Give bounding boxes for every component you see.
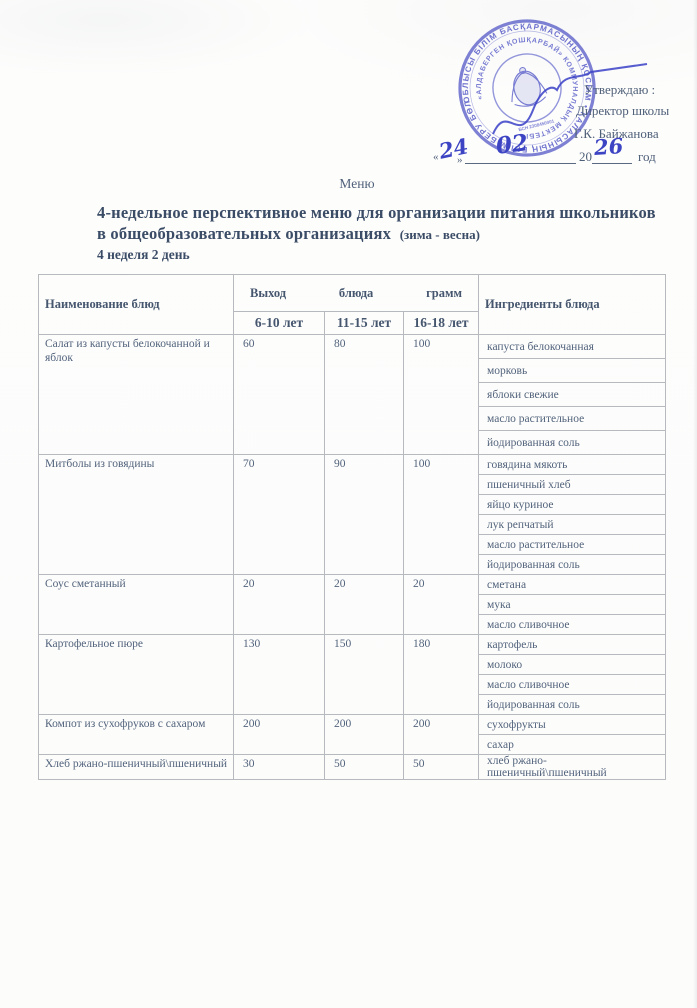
portion-grams: 150	[325, 635, 404, 715]
stamp-emblem	[504, 63, 548, 110]
header-age-16-18: 16-18 лет	[404, 312, 479, 335]
portion-grams: 60	[234, 335, 325, 455]
ingredient-name: масло растительное	[479, 535, 666, 555]
ingredient-name: яблоки свежие	[479, 383, 666, 407]
ingredient-name: сухофрукты	[479, 715, 666, 735]
dish-name: Картофельное пюре	[39, 635, 234, 715]
ingredient-name: хлеб ржано-пшеничный\пшеничный	[479, 755, 666, 780]
ingredient-name: сметана	[479, 575, 666, 595]
ingredient-name: мука	[479, 595, 666, 615]
ingredient-name: масло сливочное	[479, 675, 666, 695]
week-day-label: 4 неделя 2 день	[97, 245, 682, 265]
header-output-word-1: Выход	[250, 286, 286, 301]
ingredient-name: йодированная соль	[479, 555, 666, 575]
portion-grams: 50	[325, 755, 404, 780]
portion-grams: 90	[325, 455, 404, 575]
header-output: Выход блюда грамм	[234, 275, 479, 312]
dish-name: Соус сметанный	[39, 575, 234, 635]
portion-grams: 70	[234, 455, 325, 575]
header-ingredients: Ингредиенты блюда	[479, 275, 666, 335]
date-century: 20	[579, 149, 592, 165]
ingredient-name: масло растительное	[479, 407, 666, 431]
menu-row: Компот из сухофруков с сахаром200200200с…	[39, 715, 666, 735]
dish-name: Митболы из говядины	[39, 455, 234, 575]
ingredient-name: сахар	[479, 735, 666, 755]
portion-grams: 200	[404, 715, 479, 755]
menu-row: Картофельное пюре130150180картофель	[39, 635, 666, 655]
menu-table: Наименование блюд Выход блюда грамм Ингр…	[38, 274, 666, 780]
handwritten-month: 02	[494, 129, 529, 160]
scan-edge-shadow	[693, 0, 697, 1008]
portion-grams: 200	[325, 715, 404, 755]
portion-grams: 80	[325, 335, 404, 455]
date-year-label: год	[638, 149, 656, 165]
heading-line-1: 4-недельное перспективное меню для орган…	[97, 202, 682, 223]
ingredient-name: яйцо куриное	[479, 495, 666, 515]
header-dish: Наименование блюд	[39, 275, 234, 335]
menu-row: Хлеб ржано-пшеничный\пшеничный305050хлеб…	[39, 755, 666, 780]
ingredient-name: йодированная соль	[479, 695, 666, 715]
ingredient-name: картофель	[479, 635, 666, 655]
menu-row: Соус сметанный202020сметана	[39, 575, 666, 595]
ingredient-name: говядина мякоть	[479, 455, 666, 475]
portion-grams: 200	[234, 715, 325, 755]
header-age-11-15: 11-15 лет	[325, 312, 404, 335]
ingredient-name: морковь	[479, 359, 666, 383]
portion-grams: 30	[234, 755, 325, 780]
handwritten-year: 26	[593, 133, 624, 160]
dish-name: Компот из сухофруков с сахаром	[39, 715, 234, 755]
dish-name: Хлеб ржано-пшеничный\пшеничный	[39, 755, 234, 780]
date-open-quote: «	[433, 151, 439, 163]
doc-title: Меню	[0, 176, 697, 192]
approval-line-1: Утверждаю :	[584, 82, 655, 98]
ingredient-name: молоко	[479, 655, 666, 675]
portion-grams: 20	[325, 575, 404, 635]
ingredient-name: лук репчатый	[479, 515, 666, 535]
portion-grams: 50	[404, 755, 479, 780]
heading-line-2-main: в общеобразовательных организациях	[97, 224, 391, 243]
portion-grams: 180	[404, 635, 479, 715]
date-close-quote: »	[457, 154, 463, 166]
ingredient-name: йодированная соль	[479, 431, 666, 455]
menu-table-body: Салат из капусты белокочанной и яблок608…	[39, 335, 666, 780]
portion-grams: 20	[234, 575, 325, 635]
portion-grams: 100	[404, 335, 479, 455]
ingredient-name: пшеничный хлеб	[479, 475, 666, 495]
ingredient-name: масло сливочное	[479, 615, 666, 635]
scanned-menu-document: ОБЛЫСЫ БІЛІМ БАСҚАРМАСЫНЫҢ ҚОСЫМ • ҚАЛАС…	[0, 0, 697, 1008]
portion-grams: 20	[404, 575, 479, 635]
header-output-word-3: грамм	[426, 286, 462, 301]
menu-row: Митболы из говядины7090100говядина мякот…	[39, 455, 666, 475]
dish-name: Салат из капусты белокочанной и яблок	[39, 335, 234, 455]
heading-line-2: в общеобразовательных организациях (зима…	[97, 223, 682, 245]
menu-heading: 4-недельное перспективное меню для орган…	[97, 202, 682, 265]
header-output-word-2: блюда	[339, 286, 373, 301]
ingredient-name: капуста белокочанная	[479, 335, 666, 359]
table-header-row-1: Наименование блюд Выход блюда грамм Ингр…	[39, 275, 666, 312]
header-age-6-10: 6-10 лет	[234, 312, 325, 335]
portion-grams: 130	[234, 635, 325, 715]
approval-line-2: Директор школы	[576, 103, 669, 119]
portion-grams: 100	[404, 455, 479, 575]
season-note: (зима - весна)	[400, 227, 480, 242]
menu-row: Салат из капусты белокочанной и яблок608…	[39, 335, 666, 359]
